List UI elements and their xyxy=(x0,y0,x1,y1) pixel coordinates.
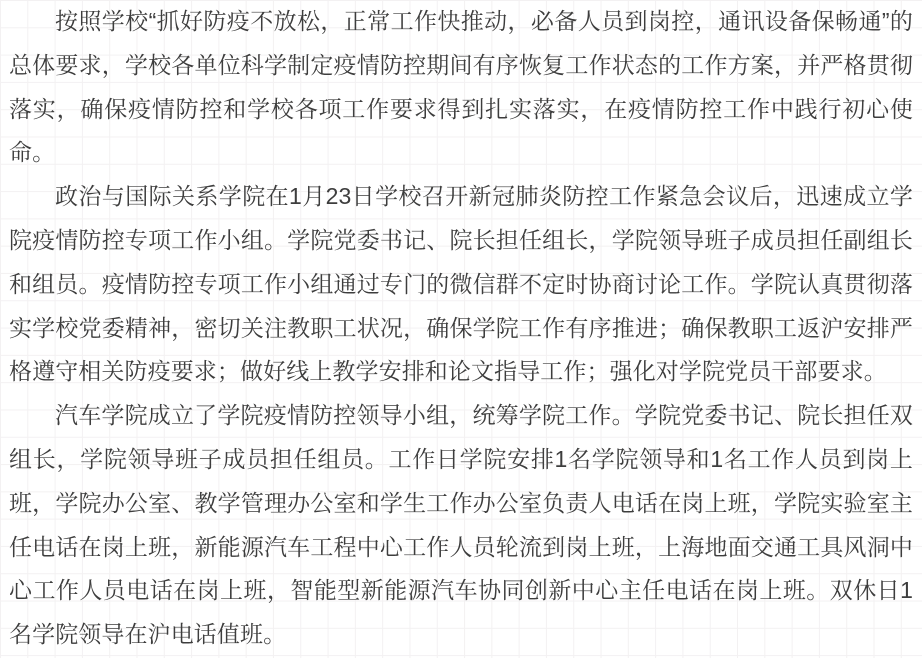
paragraph-automotive-school: 汽车学院成立了学院疫情防控领导小组，统筹学院工作。学院党委书记、院长担任双组长，… xyxy=(9,394,913,657)
paragraph-politics-international-relations-school: 政治与国际关系学院在1月23日学校召开新冠肺炎防控工作紧急会议后，迅速成立学院疫… xyxy=(9,175,913,394)
paragraph-school-requirements: 按照学校“抓好防疫不放松，正常工作快推动，必备人员到岗控，通讯设备保畅通”的总体… xyxy=(9,0,913,175)
article-body: 按照学校“抓好防疫不放松，正常工作快推动，必备人员到岗控，通讯设备保畅通”的总体… xyxy=(0,0,922,658)
